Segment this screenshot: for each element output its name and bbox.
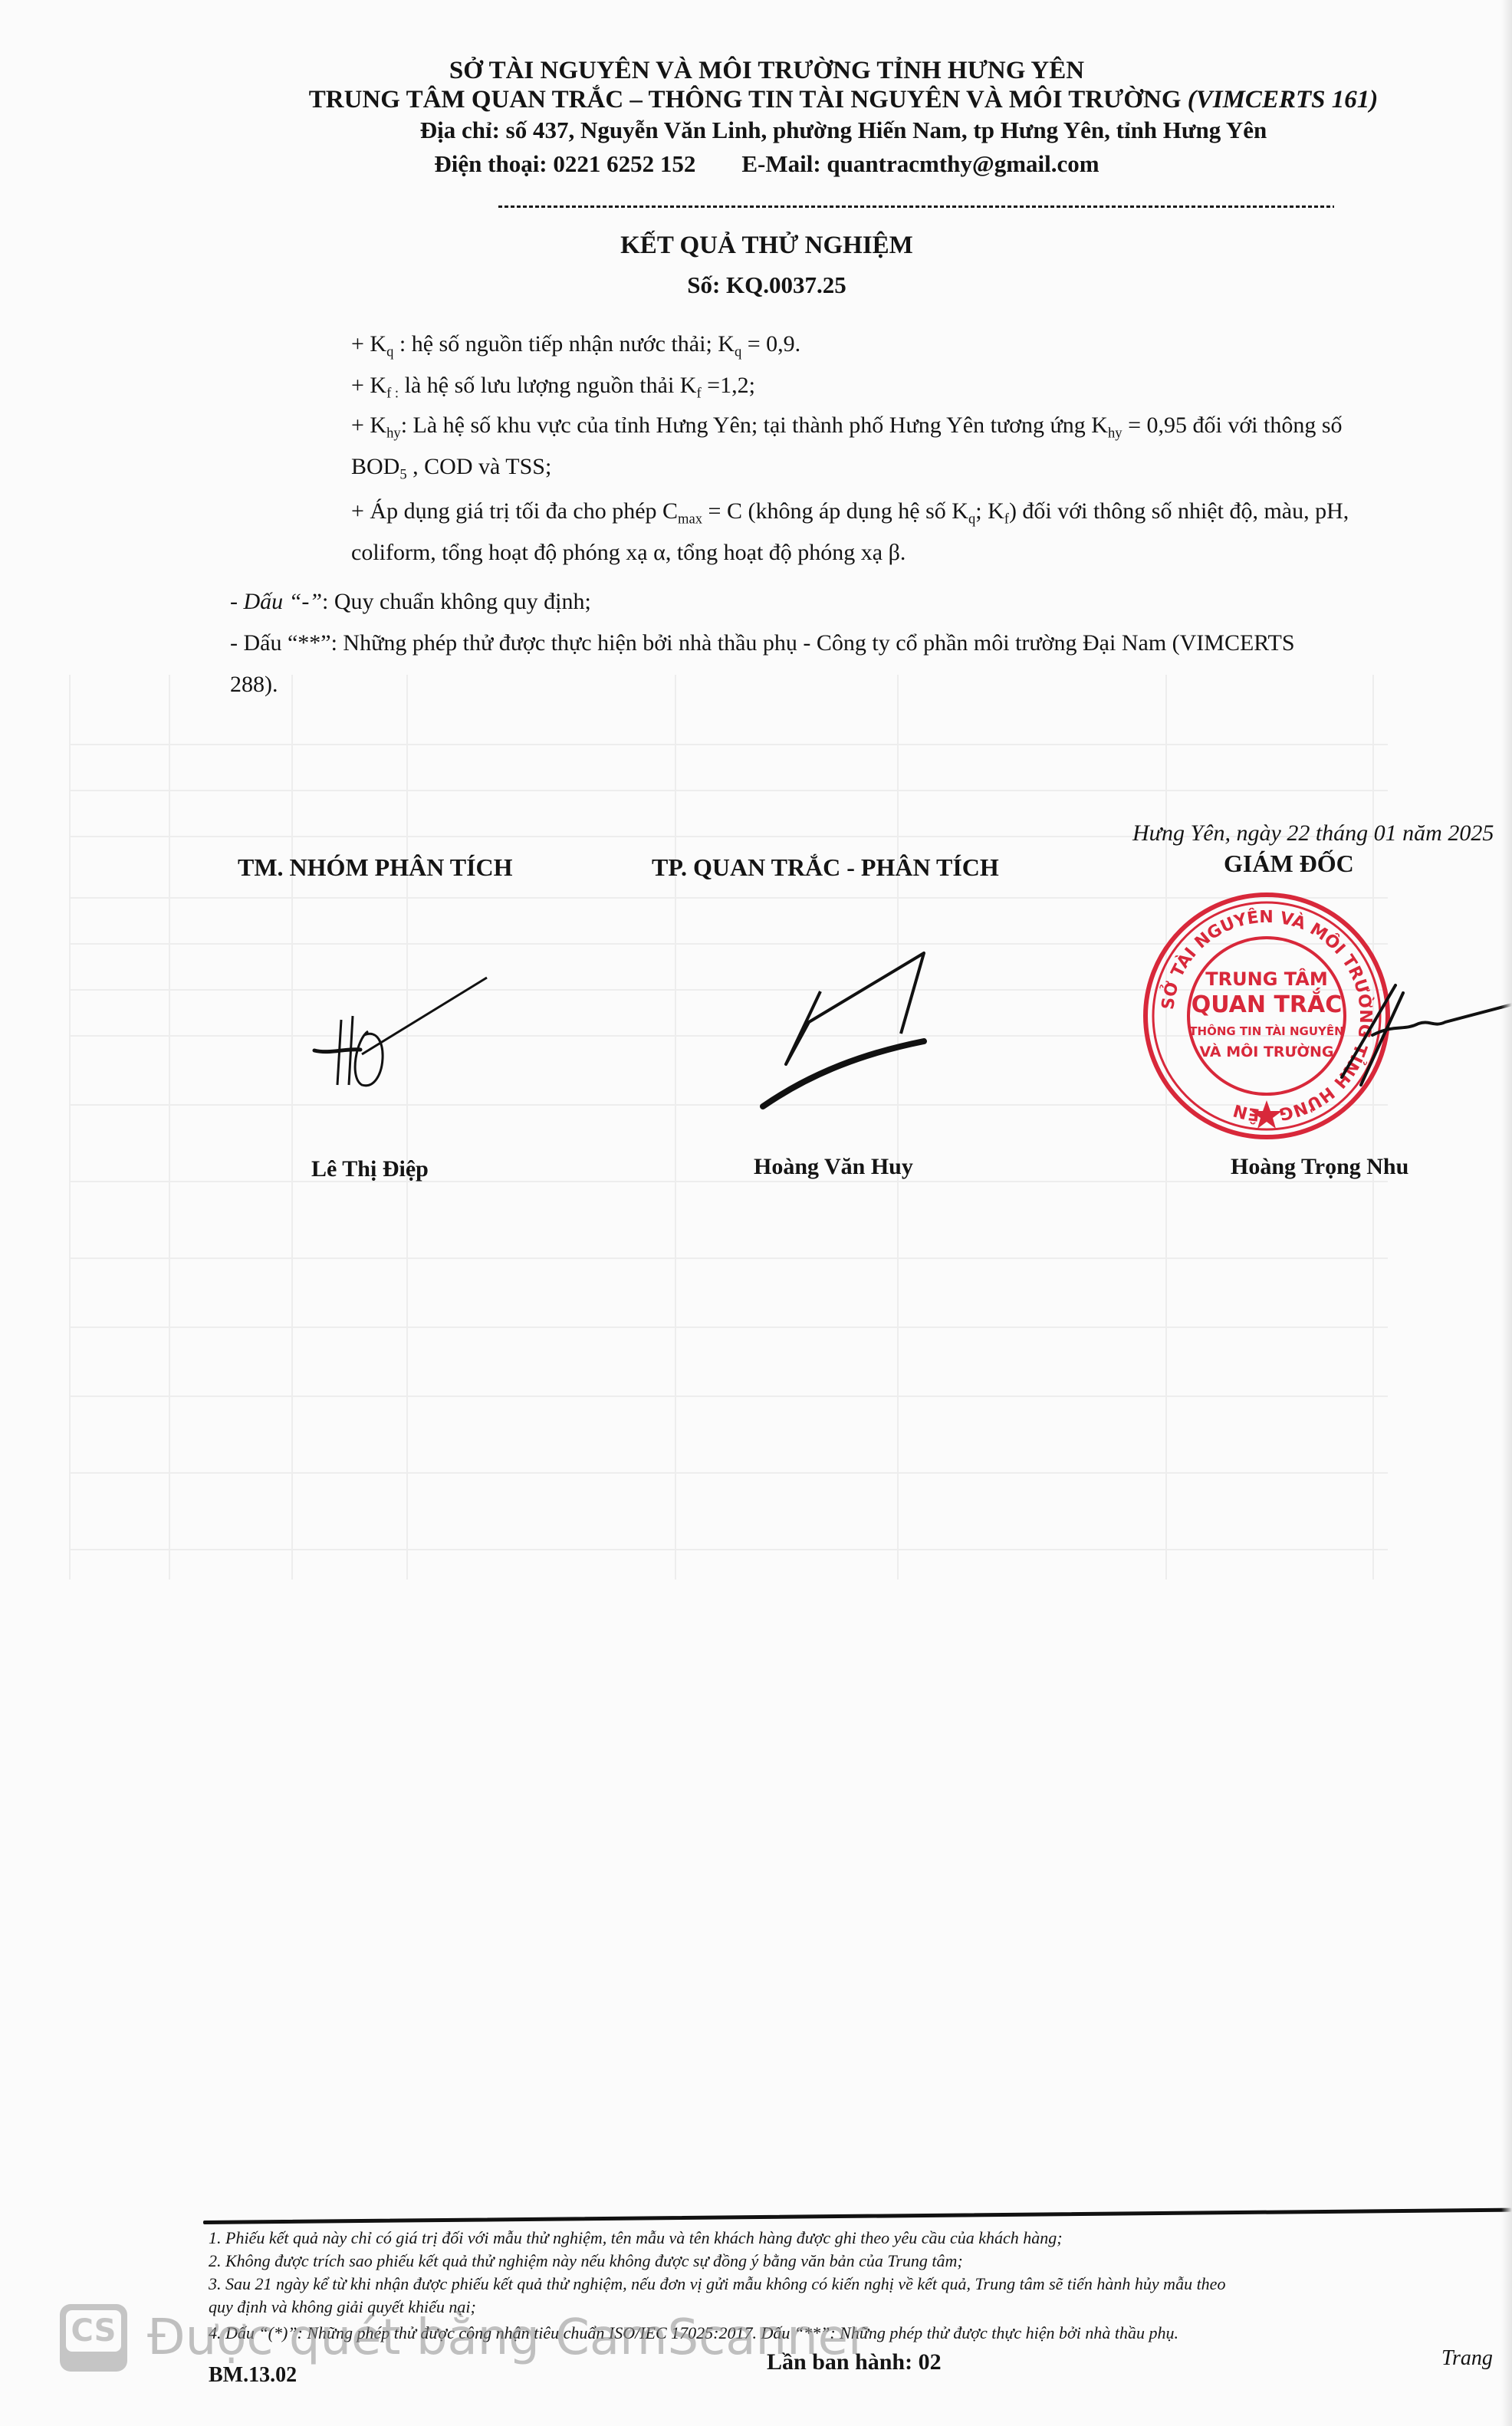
center-name: TRUNG TÂM QUAN TRẮC – THÔNG TIN TÀI NGUY… bbox=[192, 86, 1495, 114]
signatory-role-director: GIÁM ĐỐC bbox=[1224, 850, 1354, 878]
note-dash-sign: - Dấu “-”: Quy chuẩn không quy định; bbox=[230, 589, 591, 615]
signatory-name-le-thi-diep: Lê Thị Điệp bbox=[311, 1156, 429, 1182]
camscanner-watermark: CS Được quét bằng CamScanner bbox=[60, 2304, 868, 2372]
signature-le-thi-diep bbox=[307, 962, 506, 1100]
note-kq: + Kq : hệ số nguồn tiếp nhận nước thải; … bbox=[351, 331, 800, 357]
header-divider bbox=[498, 205, 1334, 208]
contact-line: Điện thoại: 0221 6252 152E-Mail: quantra… bbox=[192, 150, 1342, 178]
center-certification: (VIMCERTS 161) bbox=[1188, 86, 1378, 113]
department-name: SỞ TÀI NGUYÊN VÀ MÔI TRƯỜNG TỈNH HƯNG YÊ… bbox=[192, 57, 1342, 85]
signatory-role-monitoring-head: TP. QUAN TRẮC - PHÂN TÍCH bbox=[652, 853, 999, 882]
note-kf: + Kf : là hệ số lưu lượng nguồn thải Kf … bbox=[351, 373, 755, 399]
footer-note-1: 1. Phiếu kết quả này chỉ có giá trị đối … bbox=[209, 2228, 1063, 2248]
signatory-name-hoang-van-huy: Hoàng Văn Huy bbox=[754, 1154, 913, 1180]
camscanner-logo-icon: CS bbox=[60, 2304, 127, 2372]
document-number: Số: KQ.0037.25 bbox=[192, 271, 1342, 299]
note-cmax-line2: coliform, tổng hoạt độ phóng xạ α, tổng … bbox=[351, 540, 906, 566]
note-khy: + Khy: Là hệ số khu vực của tỉnh Hưng Yê… bbox=[351, 413, 1343, 439]
footer-note-3: 3. Sau 21 ngày kể từ khi nhận được phiếu… bbox=[209, 2274, 1225, 2294]
signatory-role-analysis-group: TM. NHÓM PHÂN TÍCH bbox=[238, 853, 513, 882]
center-name-text: TRUNG TÂM QUAN TRẮC – THÔNG TIN TÀI NGUY… bbox=[309, 86, 1182, 113]
scan-edge-shadow bbox=[1501, 0, 1512, 2426]
note-khy-line2: BOD5 , COD và TSS; bbox=[351, 454, 551, 480]
page-label: Trang bbox=[1441, 2346, 1493, 2371]
document-title: KẾT QUẢ THỬ NGHIỆM bbox=[192, 232, 1342, 260]
note-star-sign-line2: 288). bbox=[230, 672, 278, 698]
watermark-text: Được quét bằng CamScanner bbox=[147, 2309, 868, 2366]
scanned-document-page: SỞ TÀI NGUYÊN VÀ MÔI TRƯỜNG TỈNH HƯNG YÊ… bbox=[0, 0, 1512, 2426]
email-address: E-Mail: quantracmthy@gmail.com bbox=[741, 150, 1099, 177]
center-address: Địa chỉ: số 437, Nguyễn Văn Linh, phường… bbox=[192, 117, 1495, 144]
note-cmax: + Áp dụng giá trị tối đa cho phép Cmax =… bbox=[351, 498, 1349, 524]
issue-date: Hưng Yên, ngày 22 tháng 01 năm 2025 bbox=[1132, 820, 1494, 846]
signatory-name-hoang-trong-nhu: Hoàng Trọng Nhu bbox=[1231, 1154, 1408, 1180]
note-star-sign: - Dấu “**”: Những phép thử được thực hiệ… bbox=[230, 630, 1295, 656]
signature-hoang-trong-nhu bbox=[1296, 962, 1512, 1093]
phone-number: Điện thoại: 0221 6252 152 bbox=[434, 150, 695, 177]
footer-divider bbox=[203, 2208, 1512, 2224]
footer-note-2: 2. Không được trích sao phiếu kết quả th… bbox=[209, 2251, 963, 2271]
signature-hoang-van-huy bbox=[751, 949, 997, 1118]
